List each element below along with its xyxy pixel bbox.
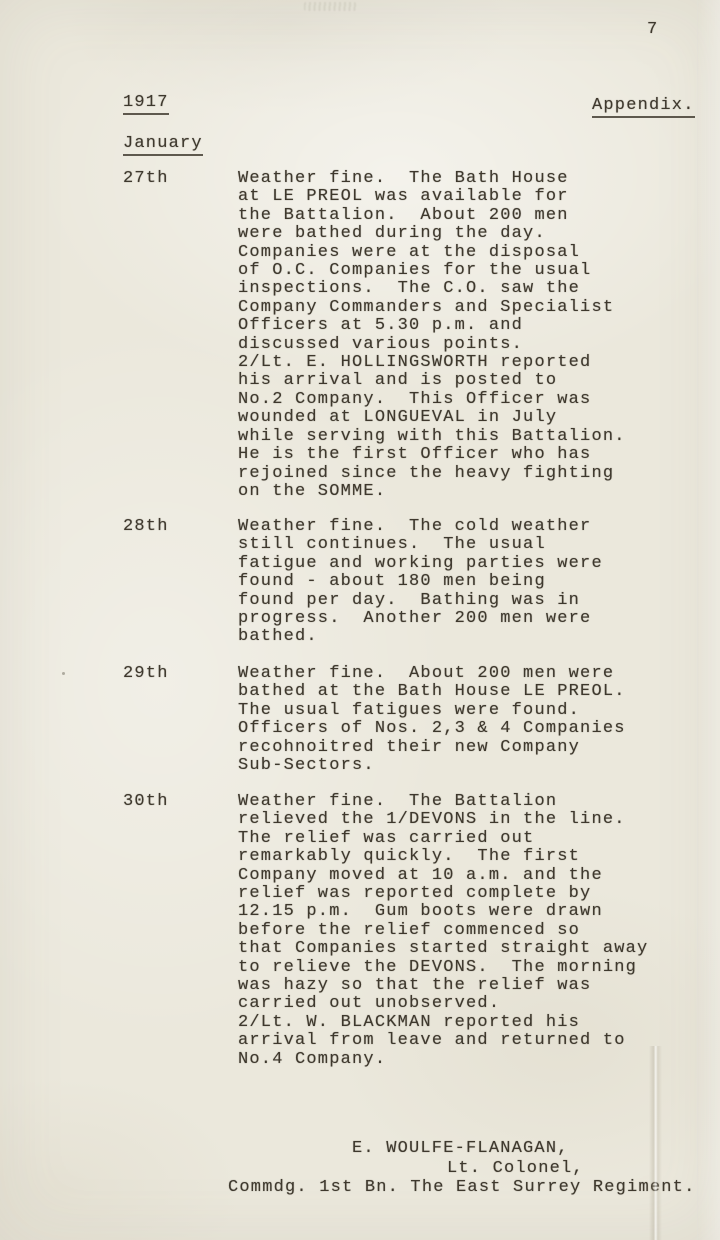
page-number: 7 <box>647 21 658 39</box>
paper-speck <box>62 672 65 675</box>
entry-date: 27th <box>123 170 169 188</box>
month-heading: January <box>123 135 203 156</box>
entry-date: 28th <box>123 518 169 536</box>
appendix-heading: Appendix. <box>592 97 695 118</box>
signature-command: Commdg. 1st Bn. The East Surrey Regiment… <box>228 1179 695 1197</box>
diary-page: 7 1917 Appendix. January 27th Weather fi… <box>0 0 720 1240</box>
year-heading: 1917 <box>123 94 169 115</box>
signature-rank: Lt. Colonel, <box>447 1160 584 1178</box>
signature-name: E. WOULFE-FLANAGAN, <box>352 1140 569 1158</box>
paper-crease <box>649 1046 662 1240</box>
paper-right-edge <box>697 0 720 1240</box>
entry-text: Weather fine. The Bath House at LE PREOL… <box>238 170 708 501</box>
entry-text: Weather fine. The cold weather still con… <box>238 518 708 647</box>
pencil-smudge-mark <box>304 2 356 11</box>
entry-date: 30th <box>123 793 169 811</box>
entry-text: Weather fine. The Battalion relieved the… <box>238 793 708 1069</box>
entry-text: Weather fine. About 200 men were bathed … <box>238 665 708 775</box>
entry-date: 29th <box>123 665 169 683</box>
